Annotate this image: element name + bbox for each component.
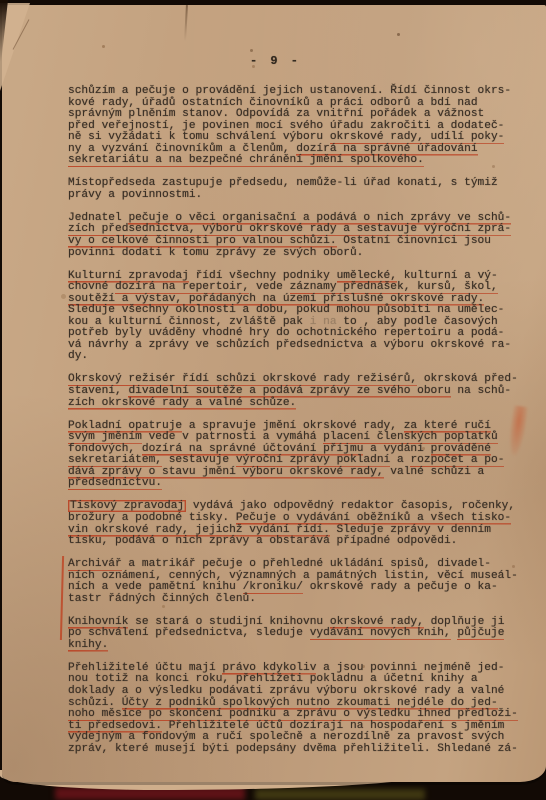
paragraph: Místopředseda zastupuje předsedu, nemůže… bbox=[68, 178, 538, 201]
paragraph: Pokladní opatruje a spravuje jmění okrsk… bbox=[68, 421, 538, 490]
typewritten-text: Sleduje zprávy v denním bbox=[330, 524, 491, 536]
red-underlined-text: zích okrskové rady a valné schůze. bbox=[68, 397, 296, 410]
text-line: povinni dodati k tomu zprávy ze svých ob… bbox=[68, 248, 538, 260]
text-line: doklady a o výsledku podávati zprávu výb… bbox=[68, 686, 538, 698]
red-margin-annotation-line bbox=[60, 556, 64, 640]
red-underlined-text: knihy. bbox=[68, 639, 108, 652]
paragraph: Knihovník se stará o studijní knihovnu o… bbox=[68, 617, 538, 652]
typewritten-text: okrskové rady a pečuje o ka- bbox=[303, 581, 498, 593]
photo-background: { "photo": { "background_color": "#120a0… bbox=[0, 0, 546, 800]
paragraph: Tiskový zpravodaj vydává jako odpovědný … bbox=[68, 501, 538, 547]
text-line: vá návrhy a zprávy ve schůzích předsedni… bbox=[68, 340, 538, 352]
typewritten-text: vá návrhy a zprávy ve schůzích předsedni… bbox=[68, 339, 511, 351]
typewritten-text: Ostatní činovníci jsou bbox=[337, 235, 491, 247]
typewritten-text: brožury a podobné tisky. bbox=[68, 512, 236, 524]
typewritten-text: zpráv, které musejí býti podepsány dvěma… bbox=[68, 743, 518, 755]
typewritten-text: tisku, podává o nich zprávy a obstarává … bbox=[68, 535, 457, 547]
typewritten-text: ně si vyžádati k tomu schválení výboru bbox=[68, 131, 330, 143]
faded-text: i na bbox=[310, 316, 337, 328]
text-line: stavení, divadelní soutěže a podává zprá… bbox=[68, 386, 538, 398]
text-line: tastr řádných činných členů. bbox=[68, 594, 538, 606]
typewritten-text: sestavuje bbox=[162, 454, 236, 466]
typewritten-text: na schů- bbox=[451, 385, 511, 397]
typewritten-text: okrsková před- bbox=[417, 373, 518, 385]
typewritten-text: fondových, bbox=[68, 443, 142, 455]
typewritten-text: doplňuje ji bbox=[424, 616, 505, 628]
typewritten-text: kulturní a vý- bbox=[397, 270, 498, 282]
typewritten-text: Přehližitelé účtů dozírají na hospodařen… bbox=[162, 720, 504, 732]
document-text: schůzím a pečuje o provádění jejich usta… bbox=[68, 86, 538, 767]
typewritten-text: Sleduje všechny okolnosti a dobu, pokud … bbox=[68, 304, 504, 316]
typewritten-text: kové rady, úřadů ostatních činovníků a p… bbox=[68, 97, 478, 109]
typewritten-text: dy. bbox=[68, 350, 88, 362]
text-line: právy a povinnostmi. bbox=[68, 190, 538, 202]
paragraph: Jednatel pečuje o věci organisační a pod… bbox=[68, 213, 538, 259]
text-line: knihy. bbox=[68, 640, 538, 652]
typewritten-text: a spravuje jmění okrskové rady, bbox=[182, 420, 404, 432]
text-line: zpráv, které musejí býti podepsány dvěma… bbox=[68, 744, 538, 756]
typewritten-text: schůzi. bbox=[68, 697, 122, 709]
typewritten-text: nou totiž na konci roku, přehlížeti pokl… bbox=[68, 673, 478, 685]
text-line: předsednictvu. bbox=[68, 478, 538, 490]
typewritten-text: stavení, bbox=[68, 385, 128, 397]
typewritten-text: výdejným a fondovým a ručí společně a ne… bbox=[68, 731, 504, 743]
red-underlined-text: předsednictvu. bbox=[68, 477, 162, 490]
typewritten-text: chovné bbox=[68, 281, 115, 293]
typewritten-text: valné schůzi a bbox=[384, 466, 485, 478]
document-page: - 9 - schůzím a pečuje o provádění jejic… bbox=[2, 5, 546, 782]
typewritten-text: a bbox=[390, 454, 410, 466]
red-boxed-text: Tiskový zpravodaj bbox=[68, 500, 186, 512]
typewritten-text: ních oznámení, cenných, významných a pam… bbox=[68, 570, 518, 582]
typewritten-text: schůzím a pečuje o provádění jejich usta… bbox=[68, 85, 511, 97]
typewritten-text: potřeb byly uváděny vhodné hry do ochotn… bbox=[68, 327, 504, 339]
typewritten-text: ních a vede pamětní knihu bbox=[68, 581, 243, 593]
typewritten-text: se stará o studijní knihovnu bbox=[128, 616, 329, 628]
typewritten-text: správným plněním stanov. Odpovídá za vni… bbox=[68, 108, 484, 120]
red-underlined-text: sekretariátu a na bezpečné chránění jměn… bbox=[68, 154, 424, 167]
typewritten-text: vydává jako odpovědný redaktor časopis, … bbox=[186, 500, 515, 512]
typewritten-text: povinni dodati k tomu zprávy ze svých ob… bbox=[68, 247, 363, 259]
typewritten-text: doklady a o výsledku podávati zprávu výb… bbox=[68, 685, 504, 697]
paragraph: Kulturní zpravodaj řídí všechny podniky … bbox=[68, 271, 538, 363]
paper-speckles bbox=[102, 45, 105, 48]
typewritten-text: ny a vyzvání činovníkům a členům, bbox=[68, 143, 296, 155]
red-underlined-text: půjčuje bbox=[457, 627, 504, 640]
typewritten-text: tastr řádných činných členů. bbox=[68, 593, 256, 605]
typewritten-text: vede bbox=[249, 281, 289, 293]
typewritten-text: vede v patrnosti a vymáhá bbox=[142, 431, 323, 443]
paragraph: Přehližitelé účtu mají právo kdykoliv a … bbox=[68, 663, 538, 755]
red-underlined-text: vydávání nových knih, bbox=[310, 627, 451, 640]
text-line: sekretariátu a na bezpečné chránění jměn… bbox=[68, 155, 538, 167]
typewritten-text: kou a kulturní činnost, zvláště pak bbox=[68, 316, 310, 328]
background-olive-blotch bbox=[255, 789, 425, 800]
typewritten-text: a matrikář pečuje o přehledné ukládání s… bbox=[122, 558, 491, 570]
typewritten-text: Místopředseda zastupuje předsedu, nemůže… bbox=[68, 177, 498, 189]
typewritten-text: právy a povinnostmi. bbox=[68, 189, 202, 201]
page-number: - 9 - bbox=[250, 54, 301, 68]
typewritten-text: řídí všechny podniky bbox=[189, 270, 337, 282]
text-line: zích okrskové rady a valné schůze. bbox=[68, 398, 538, 410]
text-line: dy. bbox=[68, 351, 538, 363]
paragraph: Archivář a matrikář pečuje o přehledné u… bbox=[68, 559, 538, 605]
typewritten-text: po schválení předsednictva, sleduje bbox=[68, 627, 310, 639]
text-line: tisku, podává o nich zprávy a obstarává … bbox=[68, 536, 538, 548]
text-line: po schválení předsednictva, sleduje vydá… bbox=[68, 628, 538, 640]
typewritten-text: před veřejností, je povinen mocí svého ú… bbox=[68, 120, 504, 132]
typewritten-text: to , aby podle časových bbox=[337, 316, 498, 328]
paragraph: Okrskový režisér řídí schůzi okrskové ra… bbox=[68, 374, 538, 409]
typewritten-text: a vydání bbox=[363, 443, 430, 455]
paper-crease bbox=[184, 5, 188, 41]
text-line: chovné dozírá na repertoir, vede záznamy… bbox=[68, 282, 538, 294]
paragraph: schůzím a pečuje o provádění jejich usta… bbox=[68, 86, 538, 167]
